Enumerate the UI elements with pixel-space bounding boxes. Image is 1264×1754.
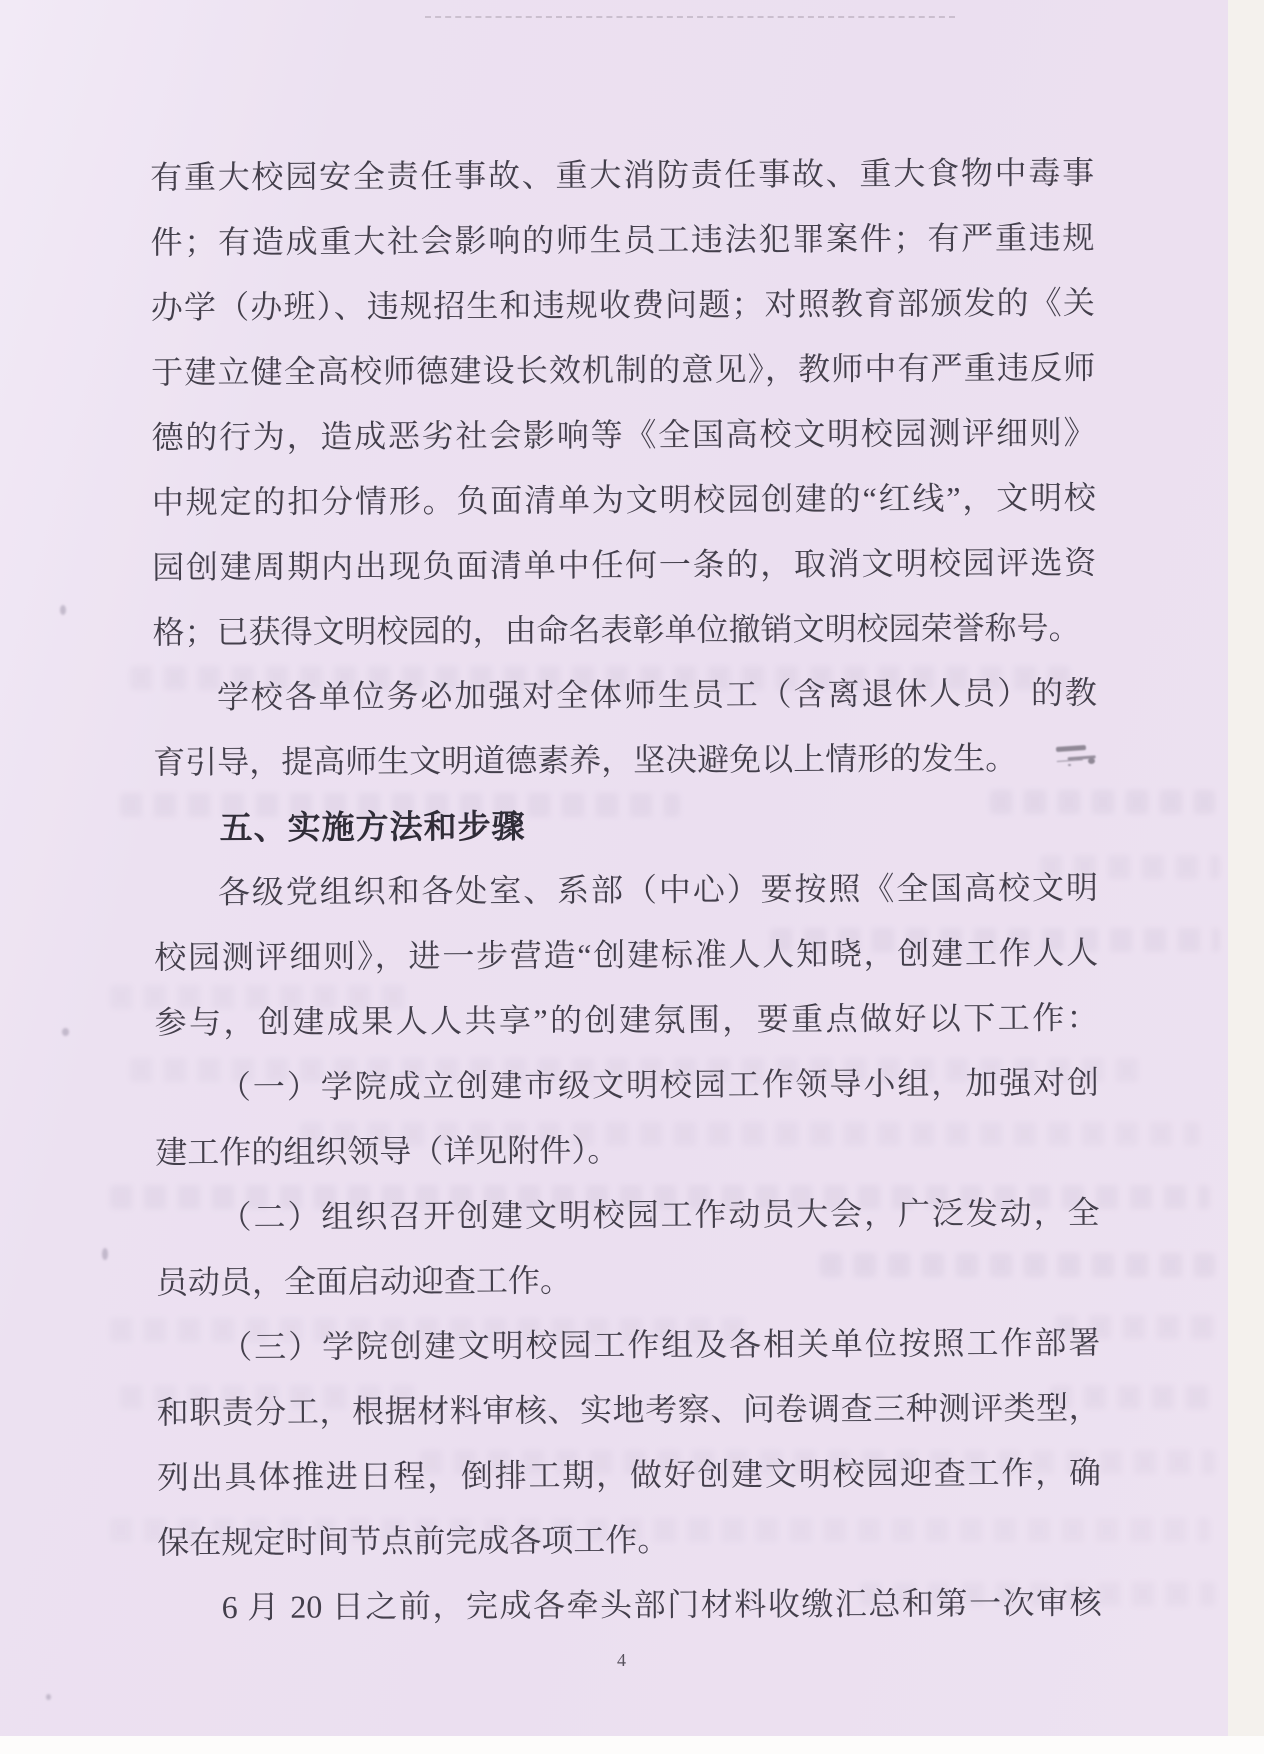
text-line: 育引导，提高师生文明道德素养，坚决避免以上情形的发生。 [153, 726, 1097, 796]
text-line: 学校各单位务必加强对全体师生员工（含离退休人员）的教 [153, 661, 1097, 731]
scan-speck [62, 1028, 69, 1036]
page-number: 4 [150, 1650, 1094, 1671]
scan-speck [102, 1248, 108, 1260]
scan-speck [60, 605, 66, 615]
text-line: （二）组织召开创建文明校园工作动员大会，广泛发动，全 [155, 1181, 1099, 1251]
scanner-background-bottom [0, 1736, 1264, 1754]
text-line: 中规定的扣分情形。负面清单为文明校园创建的“红线”，文明校 [152, 466, 1096, 536]
scan-artifact-dashed-line [425, 16, 955, 18]
ink-smudge [1052, 740, 1106, 772]
text-line: 员动员，全面启动迎查工作。 [156, 1246, 1100, 1316]
scanned-document: 有重大校园安全责任事故、重大消防责任事故、重大食物中毒事 件；有造成重大社会影响… [0, 0, 1264, 1754]
text-line: 和职责分工，根据材料审核、实地考察、问卷调查三种测评类型， [156, 1376, 1100, 1446]
text-line: 建工作的组织领导（详见附件）。 [155, 1116, 1099, 1186]
text-line: 格；已获得文明校园的，由命名表彰单位撤销文明校园荣誉称号。 [152, 596, 1096, 666]
text-line: 各级党组织和各处室、系部（中心）要按照《全国高校文明 [154, 856, 1098, 926]
text-line: 保在规定时间节点前完成各项工作。 [157, 1506, 1101, 1576]
text-line: 德的行为，造成恶劣社会影响等《全国高校文明校园测评细则》 [151, 401, 1095, 471]
text-line: 参与，创建成果人人共享”的创建氛围，要重点做好以下工作： [154, 986, 1098, 1056]
text-line: 园创建周期内出现负面清单中任何一条的，取消文明校园评选资 [152, 531, 1096, 601]
scan-speck [46, 1694, 51, 1700]
text-line: （一）学院成立创建市级文明校园工作领导小组，加强对创 [155, 1051, 1099, 1121]
text-line: 有重大校园安全责任事故、重大消防责任事故、重大食物中毒事 [150, 141, 1094, 211]
text-line: 件；有造成重大社会影响的师生员工违法犯罪案件；有严重违规 [150, 206, 1094, 276]
text-line: 6 月 20 日之前，完成各牵头部门材料收缴汇总和第一次审核 [157, 1571, 1101, 1641]
section-heading: 五、实施方法和步骤 [153, 791, 1097, 861]
text-line: （三）学院创建文明校园工作组及各相关单位按照工作部署 [156, 1311, 1100, 1381]
document-page: 有重大校园安全责任事故、重大消防责任事故、重大食物中毒事 件；有造成重大社会影响… [0, 0, 1228, 1736]
text-column: 有重大校园安全责任事故、重大消防责任事故、重大食物中毒事 件；有造成重大社会影响… [150, 141, 1102, 1641]
text-line: 于建立健全高校师德建设长效机制的意见》，教师中有严重违反师 [151, 336, 1095, 406]
text-line: 办学（办班）、违规招生和违规收费问题；对照教育部颁发的《关 [151, 271, 1095, 341]
text-line: 校园测评细则》，进一步营造“创建标准人人知晓，创建工作人人 [154, 921, 1098, 991]
text-line: 列出具体推进日程，倒排工期，做好创建文明校园迎查工作，确 [157, 1441, 1101, 1511]
scanner-background-right [1228, 0, 1264, 1736]
